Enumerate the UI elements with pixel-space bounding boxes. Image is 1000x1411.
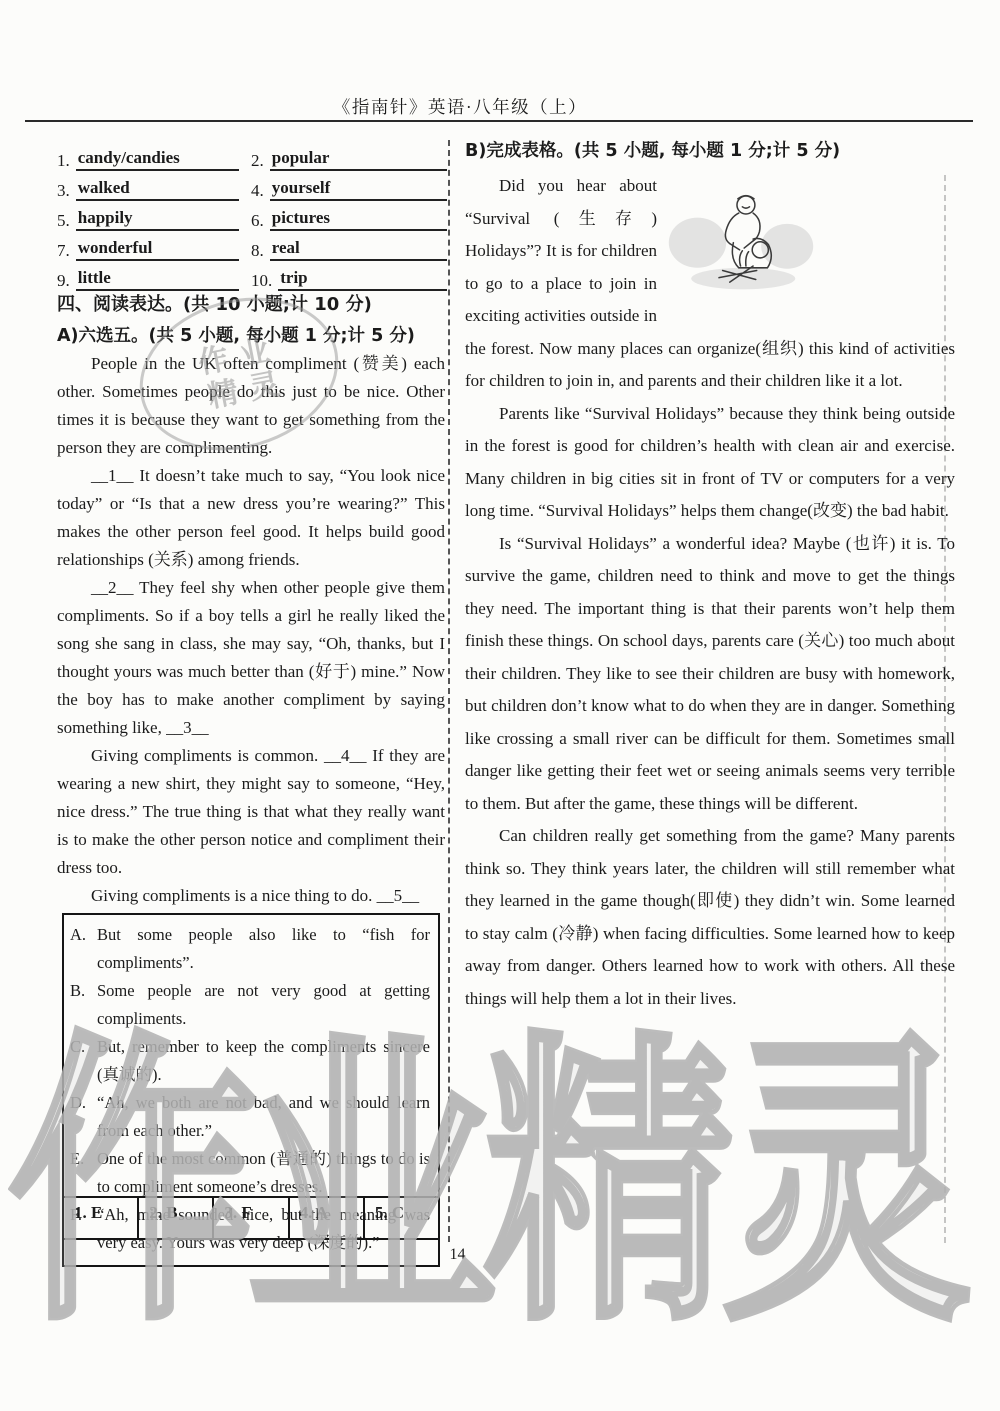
fill-in-answer-grid: 1.candy/candies 2.popular 3.walked 4.you… <box>57 141 447 291</box>
option-b: B.Some people are not very good at getti… <box>70 977 430 1033</box>
option-a: A.But some people also like to “fish for… <box>70 921 430 977</box>
answer-word: pictures <box>270 208 336 231</box>
fill-in-item-3: 3.walked <box>57 171 239 201</box>
fill-in-item-7: 7.wonderful <box>57 231 239 261</box>
header-divider <box>25 120 973 122</box>
fill-in-row: 1.candy/candies 2.popular <box>57 141 447 171</box>
answer-word: yourself <box>270 178 337 201</box>
fill-in-row: 5.happily 6.pictures <box>57 201 447 231</box>
cloze-passage: People in the UK often compliment (赞美) e… <box>57 350 445 910</box>
option-text: Some people are not very good at getting… <box>97 977 430 1033</box>
fill-in-row: 9.little 10.trip <box>57 261 447 291</box>
item-number: 1. <box>57 151 70 171</box>
fill-in-item-6: 6.pictures <box>251 201 447 231</box>
passage-paragraph: __1__ It doesn’t take much to say, “You … <box>57 462 445 574</box>
option-text: But, remember to keep the compliments si… <box>97 1033 430 1089</box>
answer-cell-4: 4. A <box>290 1198 365 1238</box>
fill-in-item-5: 5.happily <box>57 201 239 231</box>
answer-word: real <box>270 238 306 261</box>
part-b-heading: B)完成表格。(共 5 小题, 每小题 1 分;计 5 分) <box>465 137 955 162</box>
item-number: 10. <box>251 271 272 291</box>
answer-word: happily <box>76 208 139 231</box>
answers-table: 1. E 2. B 3. F 4. A 5. C <box>62 1196 440 1240</box>
passage-paragraph: Giving compliments is common. __4__ If t… <box>57 742 445 882</box>
fill-in-item-2: 2.popular <box>251 141 447 171</box>
option-text: But some people also like to “fish for c… <box>97 921 430 977</box>
item-number: 5. <box>57 211 70 231</box>
answer-word: trip <box>278 268 313 291</box>
option-letter: A. <box>70 921 97 977</box>
item-number: 7. <box>57 241 70 261</box>
page-title: 《指南针》英语·八年级（上） <box>0 94 920 119</box>
passage-paragraph: People in the UK often compliment (赞美) e… <box>57 350 445 462</box>
fill-in-row: 7.wonderful 8.real <box>57 231 447 261</box>
answer-cell-3: 3. F <box>214 1198 289 1238</box>
item-number: 4. <box>251 181 264 201</box>
campfire-illustration <box>667 178 815 302</box>
fill-in-item-9: 9.little <box>57 261 239 291</box>
passage-paragraph: Giving compliments is a nice thing to do… <box>57 882 445 910</box>
option-letter: D. <box>70 1089 97 1145</box>
part-a-heading: A)六选五。(共 5 小题, 每小题 1 分;计 5 分) <box>57 322 452 347</box>
answer-word: popular <box>270 148 336 171</box>
passage-paragraph: Can children really get something from t… <box>465 820 955 1015</box>
answer-cell-5: 5. C <box>365 1198 438 1238</box>
answer-cell-1: 1. E <box>64 1198 139 1238</box>
answer-word: wonderful <box>76 238 159 261</box>
column-divider-line <box>448 140 450 1242</box>
option-text: “Ah, we both are not bad, and we should … <box>97 1089 430 1145</box>
fill-in-item-4: 4.yourself <box>251 171 447 201</box>
option-d: D.“Ah, we both are not bad, and we shoul… <box>70 1089 430 1145</box>
fill-in-item-1: 1.candy/candies <box>57 141 239 171</box>
section-4-heading: 四、阅读表达。(共 10 小题;计 10 分) <box>57 290 452 316</box>
option-letter: E. <box>70 1145 97 1201</box>
fill-in-row: 3.walked 4.yourself <box>57 171 447 201</box>
item-number: 8. <box>251 241 264 261</box>
item-number: 9. <box>57 271 70 291</box>
fill-in-item-8: 8.real <box>251 231 447 261</box>
passage-paragraph: Parents like “Survival Holidays” because… <box>465 398 955 528</box>
answer-word: candy/candies <box>76 148 186 171</box>
passage-paragraph: __2__ They feel shy when other people gi… <box>57 574 445 742</box>
option-c: C.But, remember to keep the compliments … <box>70 1033 430 1089</box>
right-column: B)完成表格。(共 5 小题, 每小题 1 分;计 5 分) Did you h… <box>465 137 955 1015</box>
item-number: 2. <box>251 151 264 171</box>
answer-cell-2: 2. B <box>139 1198 214 1238</box>
page-number: 14 <box>0 1246 915 1264</box>
answer-word: little <box>76 268 117 291</box>
option-letter: C. <box>70 1033 97 1089</box>
fill-in-item-10: 10.trip <box>251 261 447 291</box>
option-e: E.One of the most common (普通的) things to… <box>70 1145 430 1201</box>
option-text: One of the most common (普通的) things to d… <box>97 1145 430 1201</box>
option-letter: B. <box>70 977 97 1033</box>
item-number: 6. <box>251 211 264 231</box>
passage-paragraph: Is “Survival Holidays” a wonderful idea?… <box>465 528 955 821</box>
answer-word: walked <box>76 178 136 201</box>
item-number: 3. <box>57 181 70 201</box>
